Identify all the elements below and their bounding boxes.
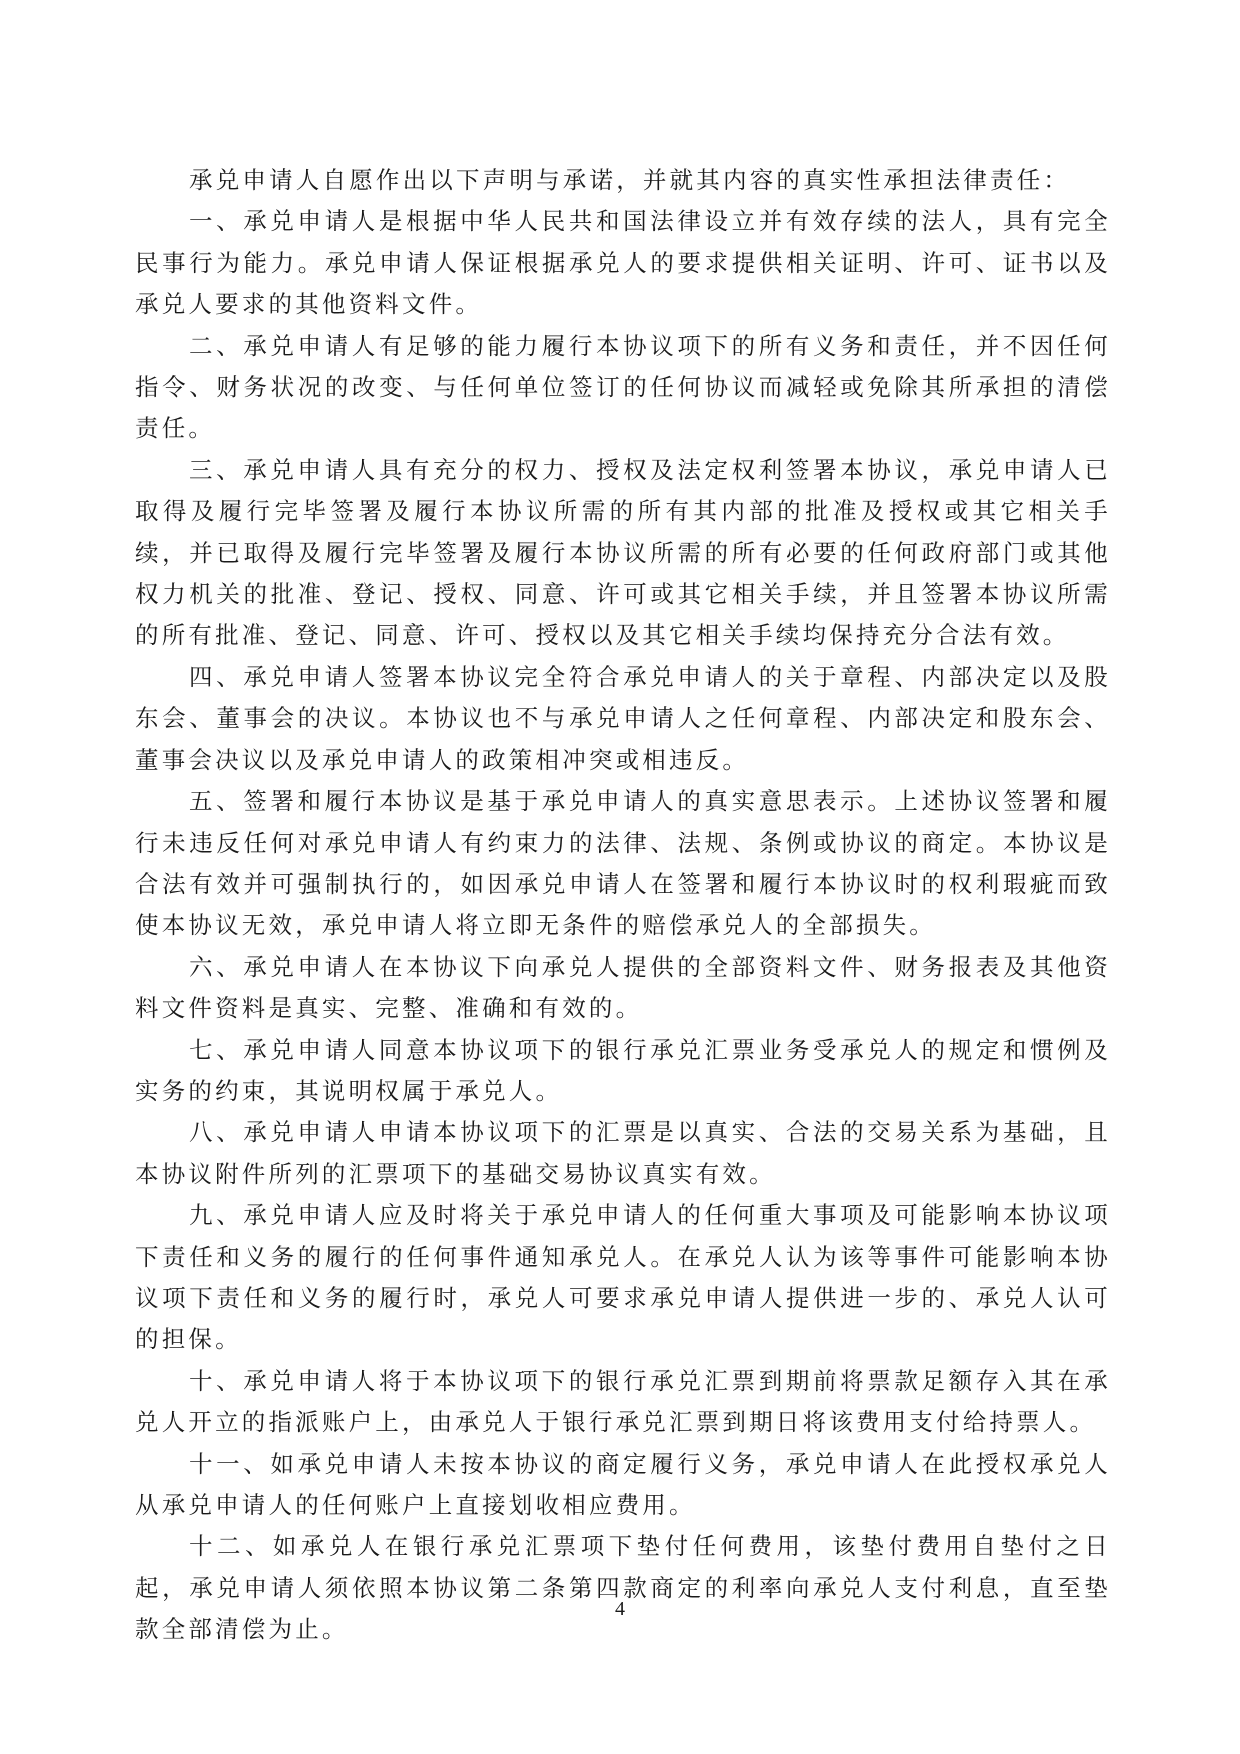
- clause-8: 八、承兑申请人申请本协议项下的汇票是以真实、合法的交易关系为基础，且本协议附件所…: [135, 1112, 1111, 1195]
- clause-3: 三、承兑申请人具有充分的权力、授权及法定权利签署本协议，承兑申请人已取得及履行完…: [135, 450, 1111, 657]
- document-body: 承兑申请人自愿作出以下声明与承诺，并就其内容的真实性承担法律责任： 一、承兑申请…: [135, 160, 1111, 1651]
- clause-7: 七、承兑申请人同意本协议项下的银行承兑汇票业务受承兑人的规定和惯例及实务的约束，…: [135, 1030, 1111, 1113]
- clause-2: 二、承兑申请人有足够的能力履行本协议项下的所有义务和责任，并不因任何指令、财务状…: [135, 326, 1111, 450]
- clause-4: 四、承兑申请人签署本协议完全符合承兑申请人的关于章程、内部决定以及股东会、董事会…: [135, 657, 1111, 781]
- intro-paragraph: 承兑申请人自愿作出以下声明与承诺，并就其内容的真实性承担法律责任：: [135, 160, 1111, 201]
- clause-6: 六、承兑申请人在本协议下向承兑人提供的全部资料文件、财务报表及其他资料文件资料是…: [135, 947, 1111, 1030]
- page-number: 4: [0, 1598, 1240, 1621]
- clause-10: 十、承兑申请人将于本协议项下的银行承兑汇票到期前将票款足额存入其在承兑人开立的指…: [135, 1361, 1111, 1444]
- clause-1: 一、承兑申请人是根据中华人民共和国法律设立并有效存续的法人，具有完全民事行为能力…: [135, 201, 1111, 325]
- clause-9: 九、承兑申请人应及时将关于承兑申请人的任何重大事项及可能影响本协议项下责任和义务…: [135, 1195, 1111, 1361]
- clause-12: 十二、如承兑人在银行承兑汇票项下垫付任何费用，该垫付费用自垫付之日起，承兑申请人…: [135, 1526, 1111, 1650]
- clause-11: 十一、如承兑申请人未按本协议的商定履行义务，承兑申请人在此授权承兑人从承兑申请人…: [135, 1444, 1111, 1527]
- clause-5: 五、签署和履行本协议是基于承兑申请人的真实意思表示。上述协议签署和履行未违反任何…: [135, 781, 1111, 947]
